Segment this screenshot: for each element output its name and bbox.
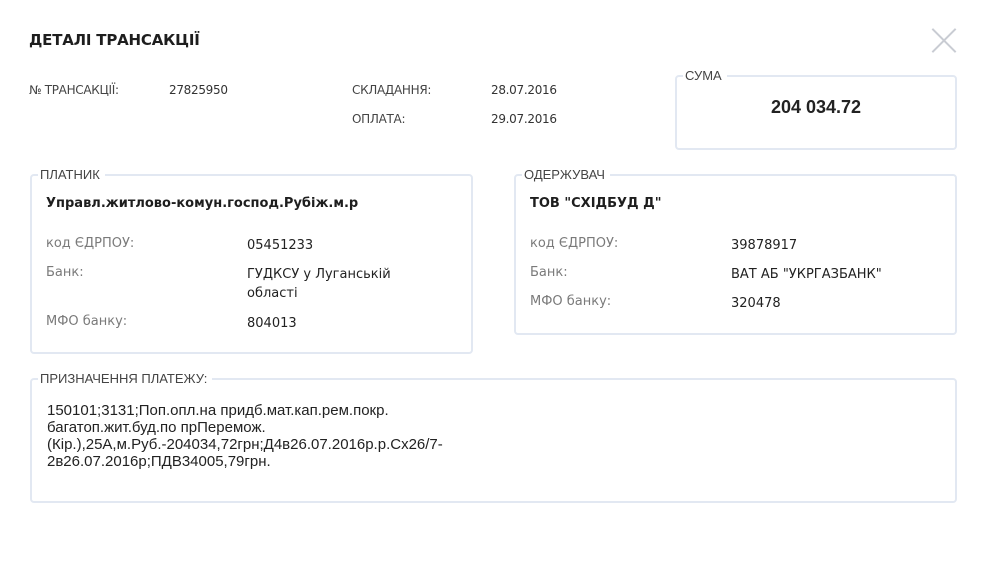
purpose-box: ПРИЗНАЧЕННЯ ПЛАТЕЖУ: 150101;3131;Поп.опл… <box>30 372 957 503</box>
payer-name: Управл.житлово-комун.господ.Рубіж.м.р <box>46 196 358 211</box>
purpose-text: 150101;3131;Поп.опл.на придб.мат.кап.рем… <box>32 386 472 470</box>
sum-box: СУМА 204 034.72 <box>675 69 957 150</box>
payer-box: ПЛАТНИК Управл.житлово-комун.господ.Рубі… <box>30 168 473 354</box>
recipient-edrpou-label: код ЄДРПОУ: <box>530 236 618 251</box>
dialog-title: ДЕТАЛІ ТРАНСАКЦІЇ <box>29 31 200 49</box>
recipient-mfo-value: 320478 <box>731 294 911 313</box>
payer-mfo-label: МФО банку: <box>46 314 127 329</box>
purpose-line: багатоп.жит.буд.по прПеремож. <box>47 419 472 436</box>
recipient-bank-value: ВАТ АБ "УКРГАЗБАНК" <box>731 265 961 284</box>
recipient-name: ТОВ "СХІДБУД Д" <box>530 196 662 211</box>
purpose-label: ПРИЗНАЧЕННЯ ПЛАТЕЖУ: <box>38 372 212 386</box>
purpose-line: (Кір.),25А,м.Руб.-204034,72грн;Д4в26.07.… <box>47 436 472 453</box>
transaction-number-label: № ТРАНСАКЦІЇ: <box>29 83 119 97</box>
recipient-bank-label: Банк: <box>530 265 568 280</box>
paid-label: ОПЛАТА: <box>352 112 405 126</box>
created-value: 28.07.2016 <box>491 83 557 97</box>
close-icon[interactable] <box>930 26 958 54</box>
recipient-box: ОДЕРЖУВАЧ ТОВ "СХІДБУД Д" код ЄДРПОУ: 39… <box>514 168 957 335</box>
payer-mfo-value: 804013 <box>247 314 427 333</box>
payer-label: ПЛАТНИК <box>38 168 105 182</box>
payer-bank-value: ГУДКСУ у Луганській області <box>247 265 412 303</box>
sum-label: СУМА <box>683 69 727 83</box>
paid-value: 29.07.2016 <box>491 112 557 126</box>
recipient-mfo-label: МФО банку: <box>530 294 611 309</box>
sum-value: 204 034.72 <box>677 97 955 118</box>
purpose-line: 2в26.07.2016р;ПДВ34005,79грн. <box>47 453 472 470</box>
purpose-line: 150101;3131;Поп.опл.на придб.мат.кап.рем… <box>47 402 472 419</box>
payer-edrpou-value: 05451233 <box>247 236 427 255</box>
recipient-edrpou-value: 39878917 <box>731 236 911 255</box>
payer-bank-label: Банк: <box>46 265 84 280</box>
payer-edrpou-label: код ЄДРПОУ: <box>46 236 134 251</box>
created-label: СКЛАДАННЯ: <box>352 83 431 97</box>
recipient-label: ОДЕРЖУВАЧ <box>522 168 610 182</box>
transaction-number-value: 27825950 <box>169 83 228 97</box>
